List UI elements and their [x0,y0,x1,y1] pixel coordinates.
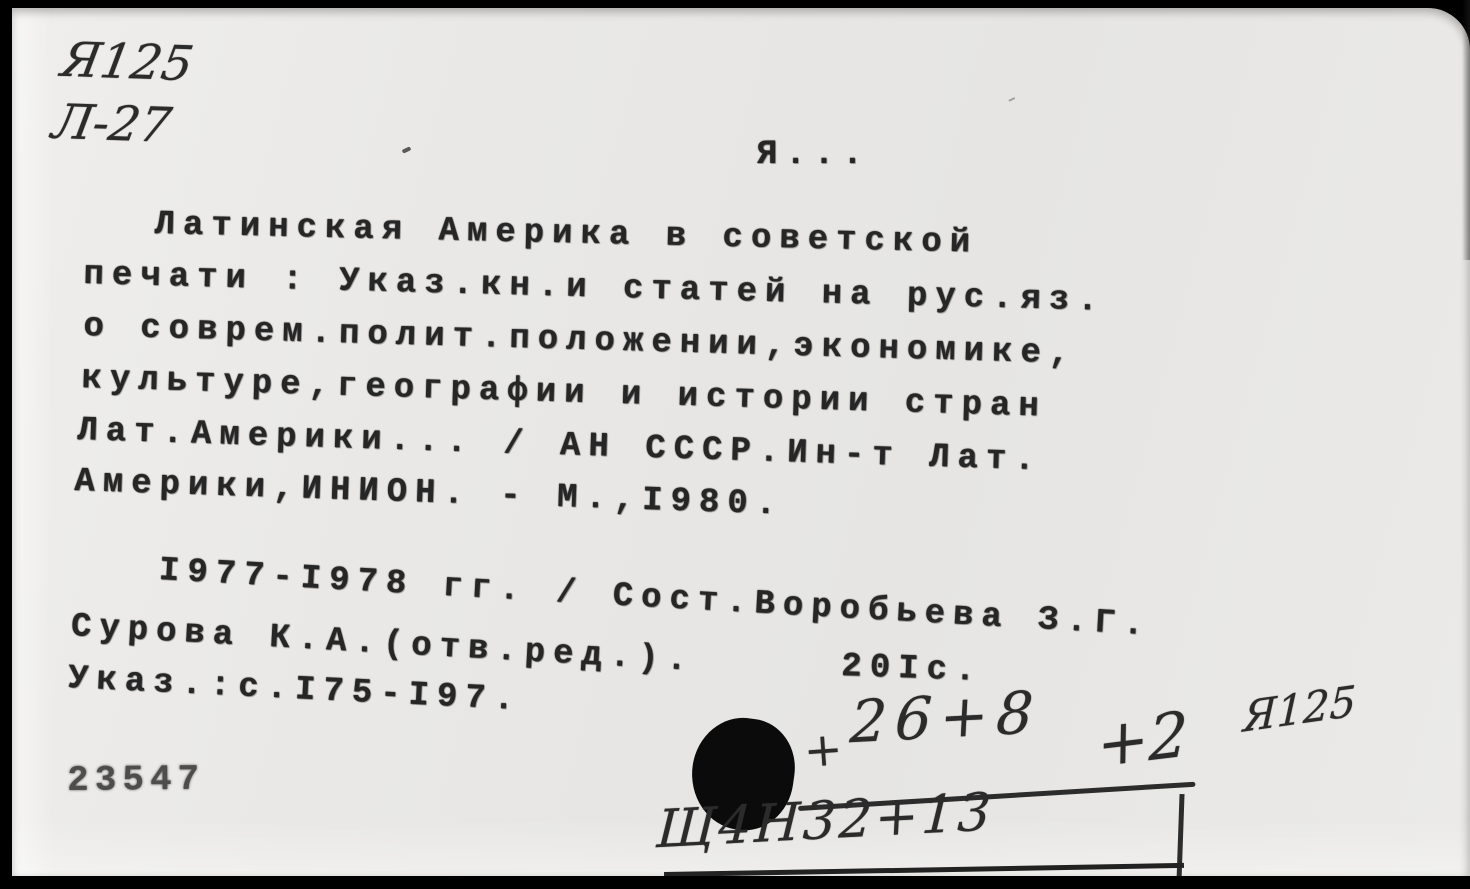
handwritten-box-right-edge [1176,794,1184,882]
accession-number-stamp: 23547 [67,759,205,801]
handwritten-call-number-line2: Л-27 [48,94,175,154]
title-line-2: печати : Указ.кн.и статей на рус.яз. [83,256,1106,321]
handwritten-call-number-line1: Я125 [57,32,197,92]
scan-border-left [0,0,12,889]
handwritten-sum-tail: +2 [1097,697,1189,782]
handwritten-plus-sign: + [802,721,844,778]
scan-edge-shadow-right [1462,0,1470,260]
dust-specks [402,146,412,153]
title-line-6: Америки,ИНИОН. - М.,I980. [74,463,785,525]
handwritten-sum: 26+8 [848,678,1043,756]
scan-border-top [0,0,1470,8]
scan-border-bottom [0,876,1470,889]
scanned-catalog-card-page: Я125 Л-27 Я... Латинская Америка в совет… [0,0,1470,889]
handwritten-box-bottom-edge [664,863,1184,877]
typed-heading-letter: Я... [757,136,871,174]
handwritten-call-number-bottom: Я125 [1242,676,1357,742]
catalog-card: Я125 Л-27 Я... Латинская Америка в совет… [12,8,1470,876]
imprint-index-line: Указ.:с.I75-I97. [67,660,523,720]
title-line-1: Латинская Америка в советской [154,206,978,263]
